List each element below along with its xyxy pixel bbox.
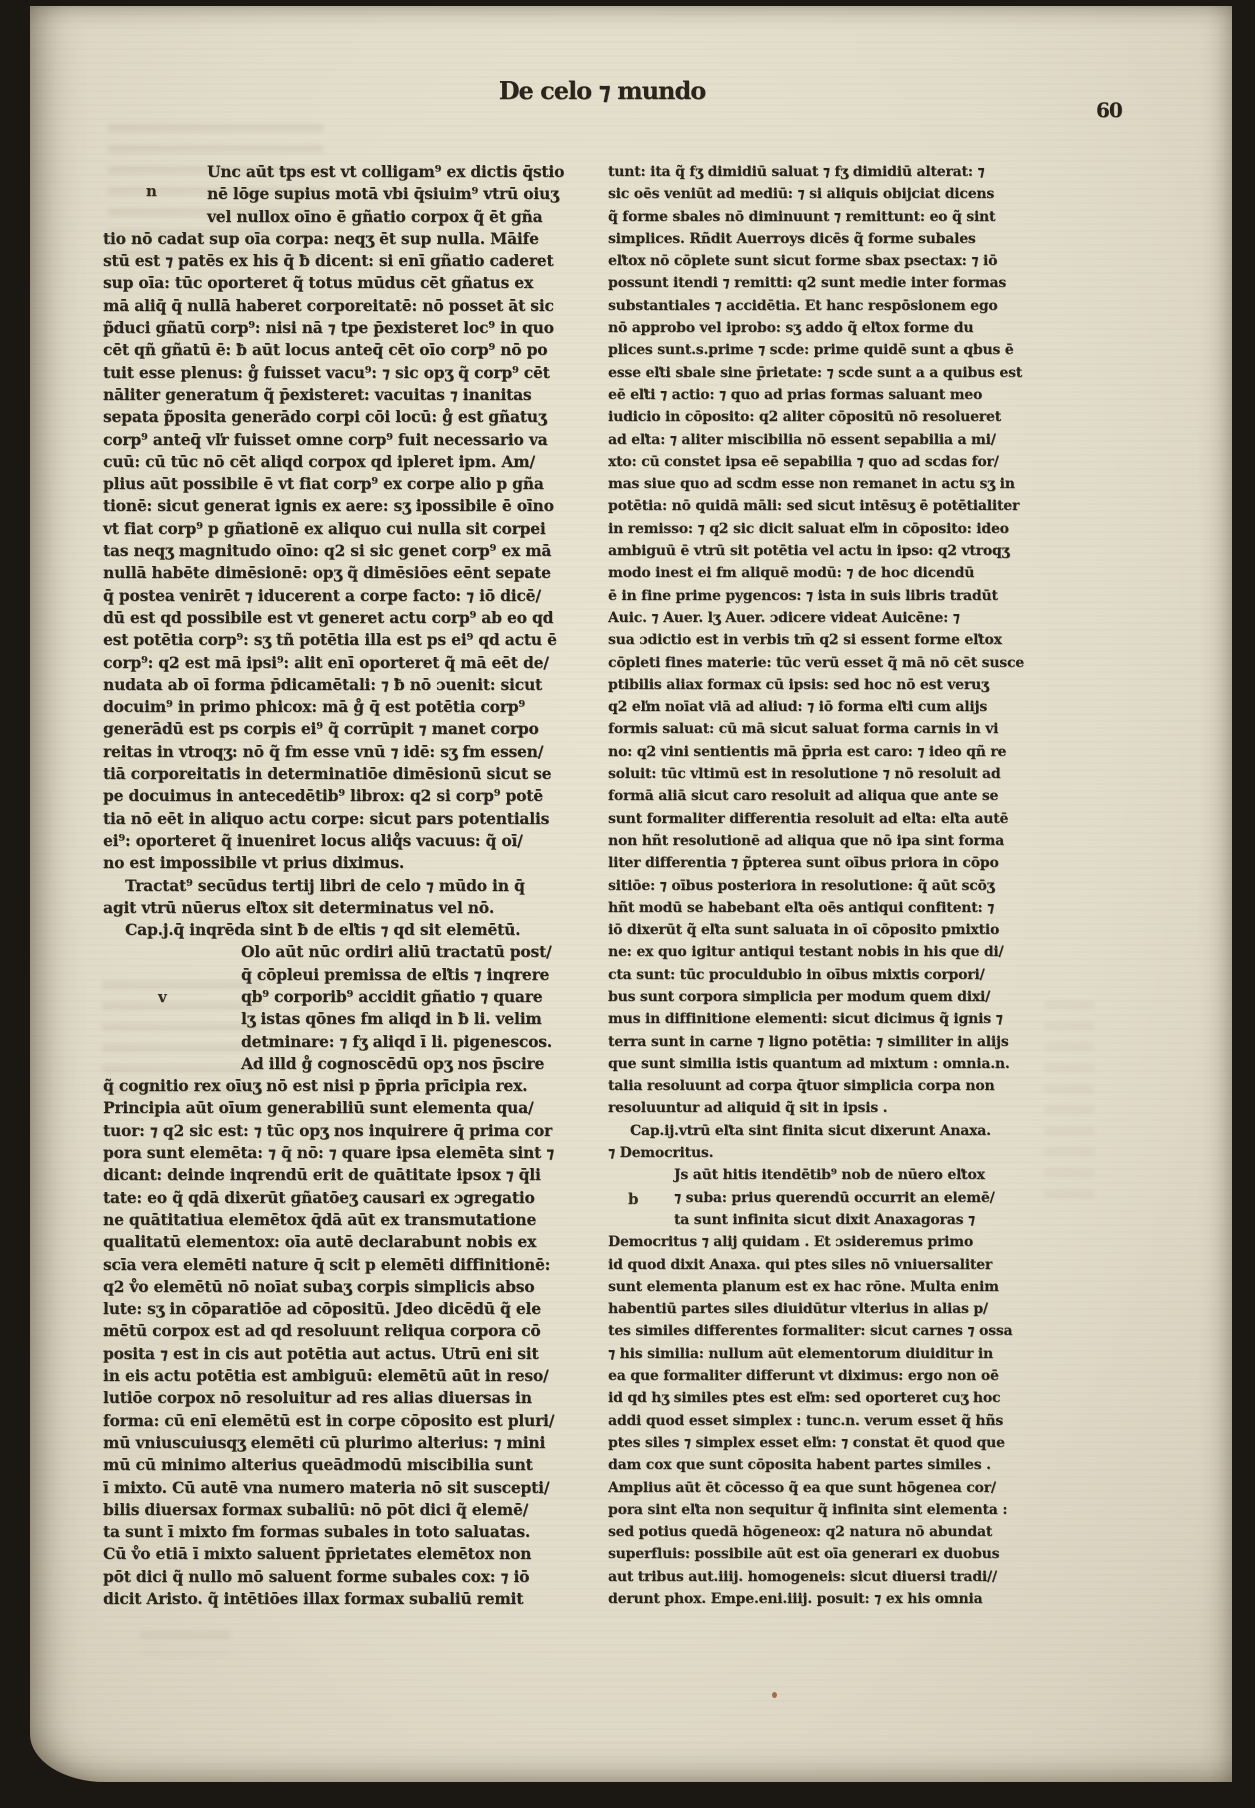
text-line: ⁊ Democritus.	[608, 1142, 1010, 1164]
text-line: ambiguū ē vtrū sit potētia vel actu in i…	[608, 540, 1010, 562]
text-line: eľtox nō cōplete sunt sicut forme sbax p…	[608, 250, 1010, 272]
text-column-right: tunt: ita q̃ fʒ dimidiū saluat ⁊ fʒ dimi…	[608, 161, 1010, 1610]
text-line: no est impossibile vt prius diximus.	[103, 852, 593, 874]
text-line: non hñt resolutionē ad aliqua que nō ipa…	[608, 830, 1010, 852]
text-line: Olo aūt nūc ordiri aliū tractatū post/	[103, 941, 593, 963]
text-line: habentiū partes siles diuidūtur vlterius…	[608, 1298, 1010, 1320]
text-line: mētū corpox est ad qd resoluunt reliqua …	[103, 1320, 593, 1342]
text-line: dam cox que sunt cōposita habent partes …	[608, 1454, 1010, 1476]
text-line: plices sunt.s.prime ⁊ scde: prime quidē …	[608, 339, 1010, 361]
text-line: ta sunt infinita sicut dixit Anaxagoras …	[608, 1209, 1010, 1231]
text-line: mas siue quo ad scdm esse non remanet in…	[608, 473, 1010, 495]
text-line: xto: cū constet ipsa eē sepabilia ⁊ quo …	[608, 451, 1010, 473]
running-title: De celo ⁊ mundo	[452, 76, 752, 105]
text-line: cēt qñ gñatū ē: ƀ aūt locus anteq̄ cēt o…	[103, 339, 593, 361]
text-line: lute: sʒ in cōparatiōe ad cōpositū. Jdeo…	[103, 1298, 593, 1320]
text-line: no: q2 vini sentientis mā p̄pria est car…	[608, 741, 1010, 763]
text-line: Tractat⁹ secūdus tertij libri de celo ⁊ …	[103, 875, 593, 897]
show-through-ghost	[1044, 1001, 1094, 1201]
text-line: superfluis: possibile aūt est oīa genera…	[608, 1543, 1010, 1565]
text-line: Principia aūt oīum generabiliū sunt elem…	[103, 1097, 593, 1119]
text-line: in eis actu potētia est ambiguū: elemētū…	[103, 1365, 593, 1387]
text-line: mā aliq̄ q̄ nullā haberet corporeitatē: …	[103, 295, 593, 317]
text-line: Amplius aūt ēt cōcesso q̃ ea que sunt hō…	[608, 1477, 1010, 1499]
text-line: scīa vera elemēti nature q̄ scit p elemē…	[103, 1254, 593, 1276]
text-line: aut tribus aut.iiij. homogeneis: sicut d…	[608, 1566, 1010, 1588]
text-line: ad eľta: ⁊ aliter miscibilia nō essent s…	[608, 429, 1010, 451]
text-line: ne: ex quo igitur antiqui testant nobis …	[608, 941, 1010, 963]
text-line: que sunt similia istis quantum ad mixtum…	[608, 1053, 1010, 1075]
text-line: mū cū minimo alterius queādmodū miscibil…	[103, 1454, 593, 1476]
text-line: bilis diuersax formax subaliū: nō pōt di…	[103, 1499, 593, 1521]
text-line: formis saluat: cū mā sicut saluat forma …	[608, 718, 1010, 740]
text-line: q̄ cōpleui premissa de eľtis ⁊ inqrere	[103, 964, 593, 986]
text-line: qualitatū elementox: oīa autē declarabun…	[103, 1231, 593, 1253]
text-line: eē eľti ⁊ actio: ⁊ quo ad prias formas s…	[608, 384, 1010, 406]
text-line: Js aūt hitis itendētib⁹ nob de nūero eľt…	[608, 1164, 1010, 1186]
text-line: vel nullox oīno ē gñatio corpox q̃ ēt gñ…	[103, 206, 593, 228]
text-line: nudata ab oī forma p̄dicamētali: ⁊ ƀ nō …	[103, 674, 593, 696]
text-line: tio nō cadat sup oīa corpa: neqʒ ēt sup …	[103, 228, 593, 250]
text-line: corp⁹: q2 est mā ipsi⁹: alit enī oporter…	[103, 652, 593, 674]
text-line: sua ɔdictio est in verbis tm̄ q2 si esse…	[608, 629, 1010, 651]
text-line: reitas in vtroqʒ: nō q̃ fm esse vnū ⁊ id…	[103, 741, 593, 763]
text-line: tas neqʒ magnitudo oīno: q2 si sic genet…	[103, 540, 593, 562]
text-line: cuū: cū tūc nō cēt aliqd corpox qd ipler…	[103, 451, 593, 473]
ink-speck	[772, 1692, 777, 1698]
text-line: tes similes differentes formaliter: sicu…	[608, 1320, 1010, 1342]
text-line: docuim⁹ in primo phicox: mā g̊ q̄ est po…	[103, 696, 593, 718]
text-line: nullā habēte dimēsionē: opʒ q̃ dimēsiōes…	[103, 562, 593, 584]
text-line: q2 eľm noīat viā ad aliud: ⁊ iō forma eľ…	[608, 696, 1010, 718]
text-line: generādū est ps corpis ei⁹ q̃ corrūpit ⁊…	[103, 718, 593, 740]
text-line: Unc aūt tps est vt colligam⁹ ex dictis q…	[103, 161, 593, 183]
scanned-book-page: { "page": { "header_title": "De celo ⁊ m…	[0, 0, 1255, 1808]
folio-number: 60	[1096, 98, 1122, 122]
text-line: substantiales ⁊ accidētia. Et hanc respō…	[608, 295, 1010, 317]
text-line: nē lōge supius motā vbi q̄siuim⁹ vtrū oi…	[103, 183, 593, 205]
text-line: sic oēs veniūt ad mediū: ⁊ si aliquis ob…	[608, 183, 1010, 205]
text-line: cōpleti fines materie: tūc verū esset q̃…	[608, 652, 1010, 674]
text-line: resoluuntur ad aliquid q̃ sit in ipsis .	[608, 1097, 1010, 1119]
text-line: Cap.j.q̄ inqrēda sint ƀ de eľtis ⁊ qd si…	[103, 919, 593, 941]
text-line: Ad illd g̊ cognoscēdū opʒ nos p̄scire	[103, 1053, 593, 1075]
text-line: detminare: ⁊ fʒ aliqd ī li. pigenescos.	[103, 1031, 593, 1053]
text-line: tia nō eēt in aliquo actu corpe: sicut p…	[103, 808, 593, 830]
text-line: tunt: ita q̃ fʒ dimidiū saluat ⁊ fʒ dimi…	[608, 161, 1010, 183]
text-line: ta sunt ī mixto fm formas subales in tot…	[103, 1521, 593, 1543]
text-line: mus in diffinitione elementi: sicut dici…	[608, 1008, 1010, 1030]
text-line: stū est ⁊ patēs ex his q̄ ƀ dicent: si e…	[103, 250, 593, 272]
text-line: sup oīa: tūc oporteret q̃ totus mūdus cē…	[103, 272, 593, 294]
text-line: tuor: ⁊ q2 sic est: ⁊ tūc opʒ nos inquir…	[103, 1120, 593, 1142]
text-line: iō dixerūt q̃ eľta sunt saluata in oī cō…	[608, 919, 1010, 941]
text-line: ne quātitatiua elemētox q̄dā aūt ex tran…	[103, 1209, 593, 1231]
text-line: dū est qd possibile est vt generet actu …	[103, 607, 593, 629]
text-line: pora sunt elemēta: ⁊ q̄ nō: ⁊ quare ipsa…	[103, 1142, 593, 1164]
text-line: dicit Aristo. q̃ intētiōes illax formax …	[103, 1588, 593, 1610]
text-line: pōt dici q̃ nullo mō saluent forme subal…	[103, 1566, 593, 1588]
text-line: Cū v̊o etiā ī mixto saluent p̄prietates …	[103, 1543, 593, 1565]
text-line: terra sunt in carne ⁊ ligno potētia: ⁊ s…	[608, 1031, 1010, 1053]
text-line: nō approbo vel iprobo: sʒ addo q̃ eľtox …	[608, 317, 1010, 339]
text-line: talia resoluunt ad corpa q̄tuor simplici…	[608, 1075, 1010, 1097]
text-line: derunt phox. Empe.eni.iiij. posuit: ⁊ ex…	[608, 1588, 1010, 1610]
text-line: tuit esse plenus: g̊ fuisset vacu⁹: ⁊ si…	[103, 362, 593, 384]
text-line: Auic. ⁊ Auer. lʒ Auer. ɔdicere videat Au…	[608, 607, 1010, 629]
text-line: ī mixto. Cū autē vna numero materia nō s…	[103, 1477, 593, 1499]
text-line: q̄ postea venirēt ⁊ iducerent a corpe fa…	[103, 585, 593, 607]
text-line: tionē: sicut generat ignis ex aere: sʒ i…	[103, 495, 593, 517]
text-line: q̃ cognitio rex oīuʒ nō est nisi p p̄pri…	[103, 1075, 593, 1097]
text-line: q̃ forme sbales nō diminuunt ⁊ remittunt…	[608, 206, 1010, 228]
text-line: vt fiat corp⁹ p gñationē ex aliquo cui n…	[103, 518, 593, 540]
text-line: pora sint eľta non sequitur q̃ infinita …	[608, 1499, 1010, 1521]
text-line: ptibilis aliax formax cū ipsis: sed hoc …	[608, 674, 1010, 696]
text-line: esse eľti sbale sine p̄rietate: ⁊ scde s…	[608, 362, 1010, 384]
text-line: ē in fine prime pygencos: ⁊ ista in suis…	[608, 585, 1010, 607]
text-line: id quod dixit Anaxa. qui ptes siles nō v…	[608, 1254, 1010, 1276]
text-line: tate: eo q̃ qdā dixerūt gñatōeʒ causari …	[103, 1187, 593, 1209]
text-line: potētia: nō quidā māli: sed sicut intēsu…	[608, 495, 1010, 517]
text-line: corp⁹ anteq̄ vľr fuisset omne corp⁹ fuit…	[103, 429, 593, 451]
text-line: agit vtrū nūerus eľtox sit determinatus …	[103, 897, 593, 919]
text-line: bus sunt corpora simplicia per modum que…	[608, 986, 1010, 1008]
text-line: sunt elementa planum est ex hac rōne. Mu…	[608, 1276, 1010, 1298]
text-line: pe docuimus in antecedētib⁹ librox: q2 s…	[103, 785, 593, 807]
text-line: modo inest ei fm aliquē modū: ⁊ de hoc d…	[608, 562, 1010, 584]
text-line: ei⁹: oporteret q̃ inueniret locus aliq̊s…	[103, 830, 593, 852]
text-line: nāliter generatum q̃ p̄existeret: vacuit…	[103, 384, 593, 406]
text-column-left: Unc aūt tps est vt colligam⁹ ex dictis q…	[103, 161, 593, 1610]
text-line: plius aūt possibile ē vt fiat corp⁹ ex c…	[103, 473, 593, 495]
text-line: mū vniuscuiusqʒ elemēti cū plurimo alter…	[103, 1432, 593, 1454]
text-line: iudicio in cōposito: q2 aliter cōpositū …	[608, 406, 1010, 428]
text-line: q2 v̊o elemētū nō noīat subaʒ corpis sim…	[103, 1276, 593, 1298]
text-line: sunt formaliter differentia resoluit ad …	[608, 808, 1010, 830]
text-line: soluit: tūc vltimū est in resolutione ⁊ …	[608, 763, 1010, 785]
text-line: in remisso: ⁊ q2 sic dicit saluat eľm in…	[608, 518, 1010, 540]
text-line: liter differentia ⁊ p̃pterea sunt oībus …	[608, 852, 1010, 874]
text-line: hñt modū se habebant eľta oēs antiqui co…	[608, 897, 1010, 919]
text-line: formā aliā sicut caro resoluit ad aliqua…	[608, 785, 1010, 807]
text-line: tiā corporeitatis in determinatiōe dimēs…	[103, 763, 593, 785]
text-line: ptes siles ⁊ simplex esset eľm: ⁊ consta…	[608, 1432, 1010, 1454]
text-line: sepata p̃posita generādo corpi cōi locū:…	[103, 406, 593, 428]
text-line: ⁊ suba: prius querendū occurrit an elemē…	[608, 1187, 1010, 1209]
text-line: sitiōe: ⁊ oībus posteriora in resolution…	[608, 875, 1010, 897]
text-line: lutiōe corpox nō resoluitur ad res alias…	[103, 1387, 593, 1409]
text-line: Cap.ij.vtrū eľta sint finita sicut dixer…	[608, 1120, 1010, 1142]
text-line: posita ⁊ est in cis aut potētia aut actu…	[103, 1343, 593, 1365]
text-line: qb⁹ corporib⁹ accidit gñatio ⁊ quare	[103, 986, 593, 1008]
text-line: sed potius quedā hōgeneox: q2 natura nō …	[608, 1521, 1010, 1543]
text-line: simplices. Rñdit Auerroys dicēs q̃ forme…	[608, 228, 1010, 250]
text-line: cta sunt: tūc proculdubio in oībus mixti…	[608, 964, 1010, 986]
text-line: ea que formaliter differunt vt diximus: …	[608, 1365, 1010, 1387]
text-line: addi quod esset simplex : tunc.n. verum …	[608, 1410, 1010, 1432]
show-through-ghost	[140, 1631, 230, 1655]
text-line: p̃duci gñatū corp⁹: nisi nā ⁊ tpe p̄exis…	[103, 317, 593, 339]
text-line: forma: cū enī elemētū est in corpe cōpos…	[103, 1410, 593, 1432]
text-line: id qd hʒ similes ptes est eľm: sed oport…	[608, 1387, 1010, 1409]
text-line: est potētia corp⁹: sʒ tñ potētia illa es…	[103, 629, 593, 651]
text-line: lʒ istas qōnes fm aliqd in ƀ li. velim	[103, 1008, 593, 1030]
text-line: possunt itendi ⁊ remitti: q2 sunt medie …	[608, 272, 1010, 294]
text-line: ⁊ his similia: nullum aūt elementorum di…	[608, 1343, 1010, 1365]
text-line: dicant: deinde inqrendū erit de quātitat…	[103, 1164, 593, 1186]
text-line: Democritus ⁊ alij quidam . Et ɔsideremus…	[608, 1231, 1010, 1253]
